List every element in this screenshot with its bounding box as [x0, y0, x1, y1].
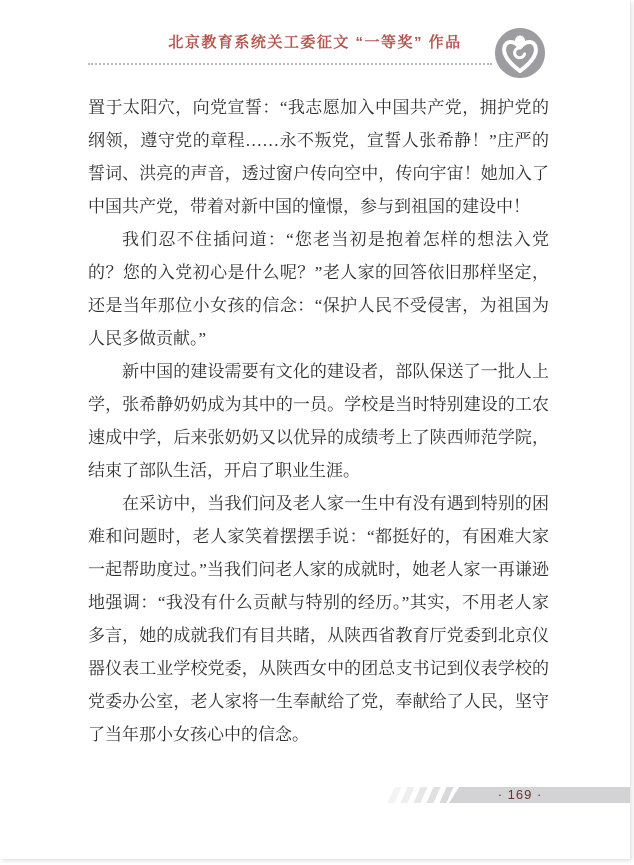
- scanned-book-page: 北京教育系统关工委征文 “一等奖” 作品 置于太阳穴，向党宣誓：“我志愿加入中国…: [0, 0, 634, 865]
- slash-mark: [400, 787, 414, 803]
- heart-care-logo-icon: [494, 27, 546, 79]
- page-sheet: 北京教育系统关工委征文 “一等奖” 作品 置于太阳穴，向党宣誓：“我志愿加入中国…: [0, 0, 630, 859]
- slash-mark: [413, 787, 427, 803]
- slash-mark: [426, 787, 440, 803]
- body-paragraphs: 置于太阳穴，向党宣誓：“我志愿加入中国共产党，拥护党的纲领，遵守党的章程……永不…: [88, 91, 549, 751]
- paragraph: 我们忍不住插问道：“您老当初是抱着怎样的想法入党的？您的入党初心是什么呢？”老人…: [88, 223, 549, 355]
- paragraph: 在采访中，当我们问及老人家一生中有没有遇到特别的困难和问题时，老人家笑着摆摆手说…: [88, 487, 549, 751]
- header-dotted-divider: [88, 55, 492, 65]
- paragraph: 置于太阳穴，向党宣誓：“我志愿加入中国共产党，拥护党的纲领，遵守党的章程……永不…: [88, 91, 549, 223]
- paragraph: 新中国的建设需要有文化的建设者，部队保送了一批人上学，张希静奶奶成为其中的一员。…: [88, 355, 549, 487]
- page-number: · 169 ·: [455, 787, 585, 803]
- slash-mark: [387, 787, 401, 803]
